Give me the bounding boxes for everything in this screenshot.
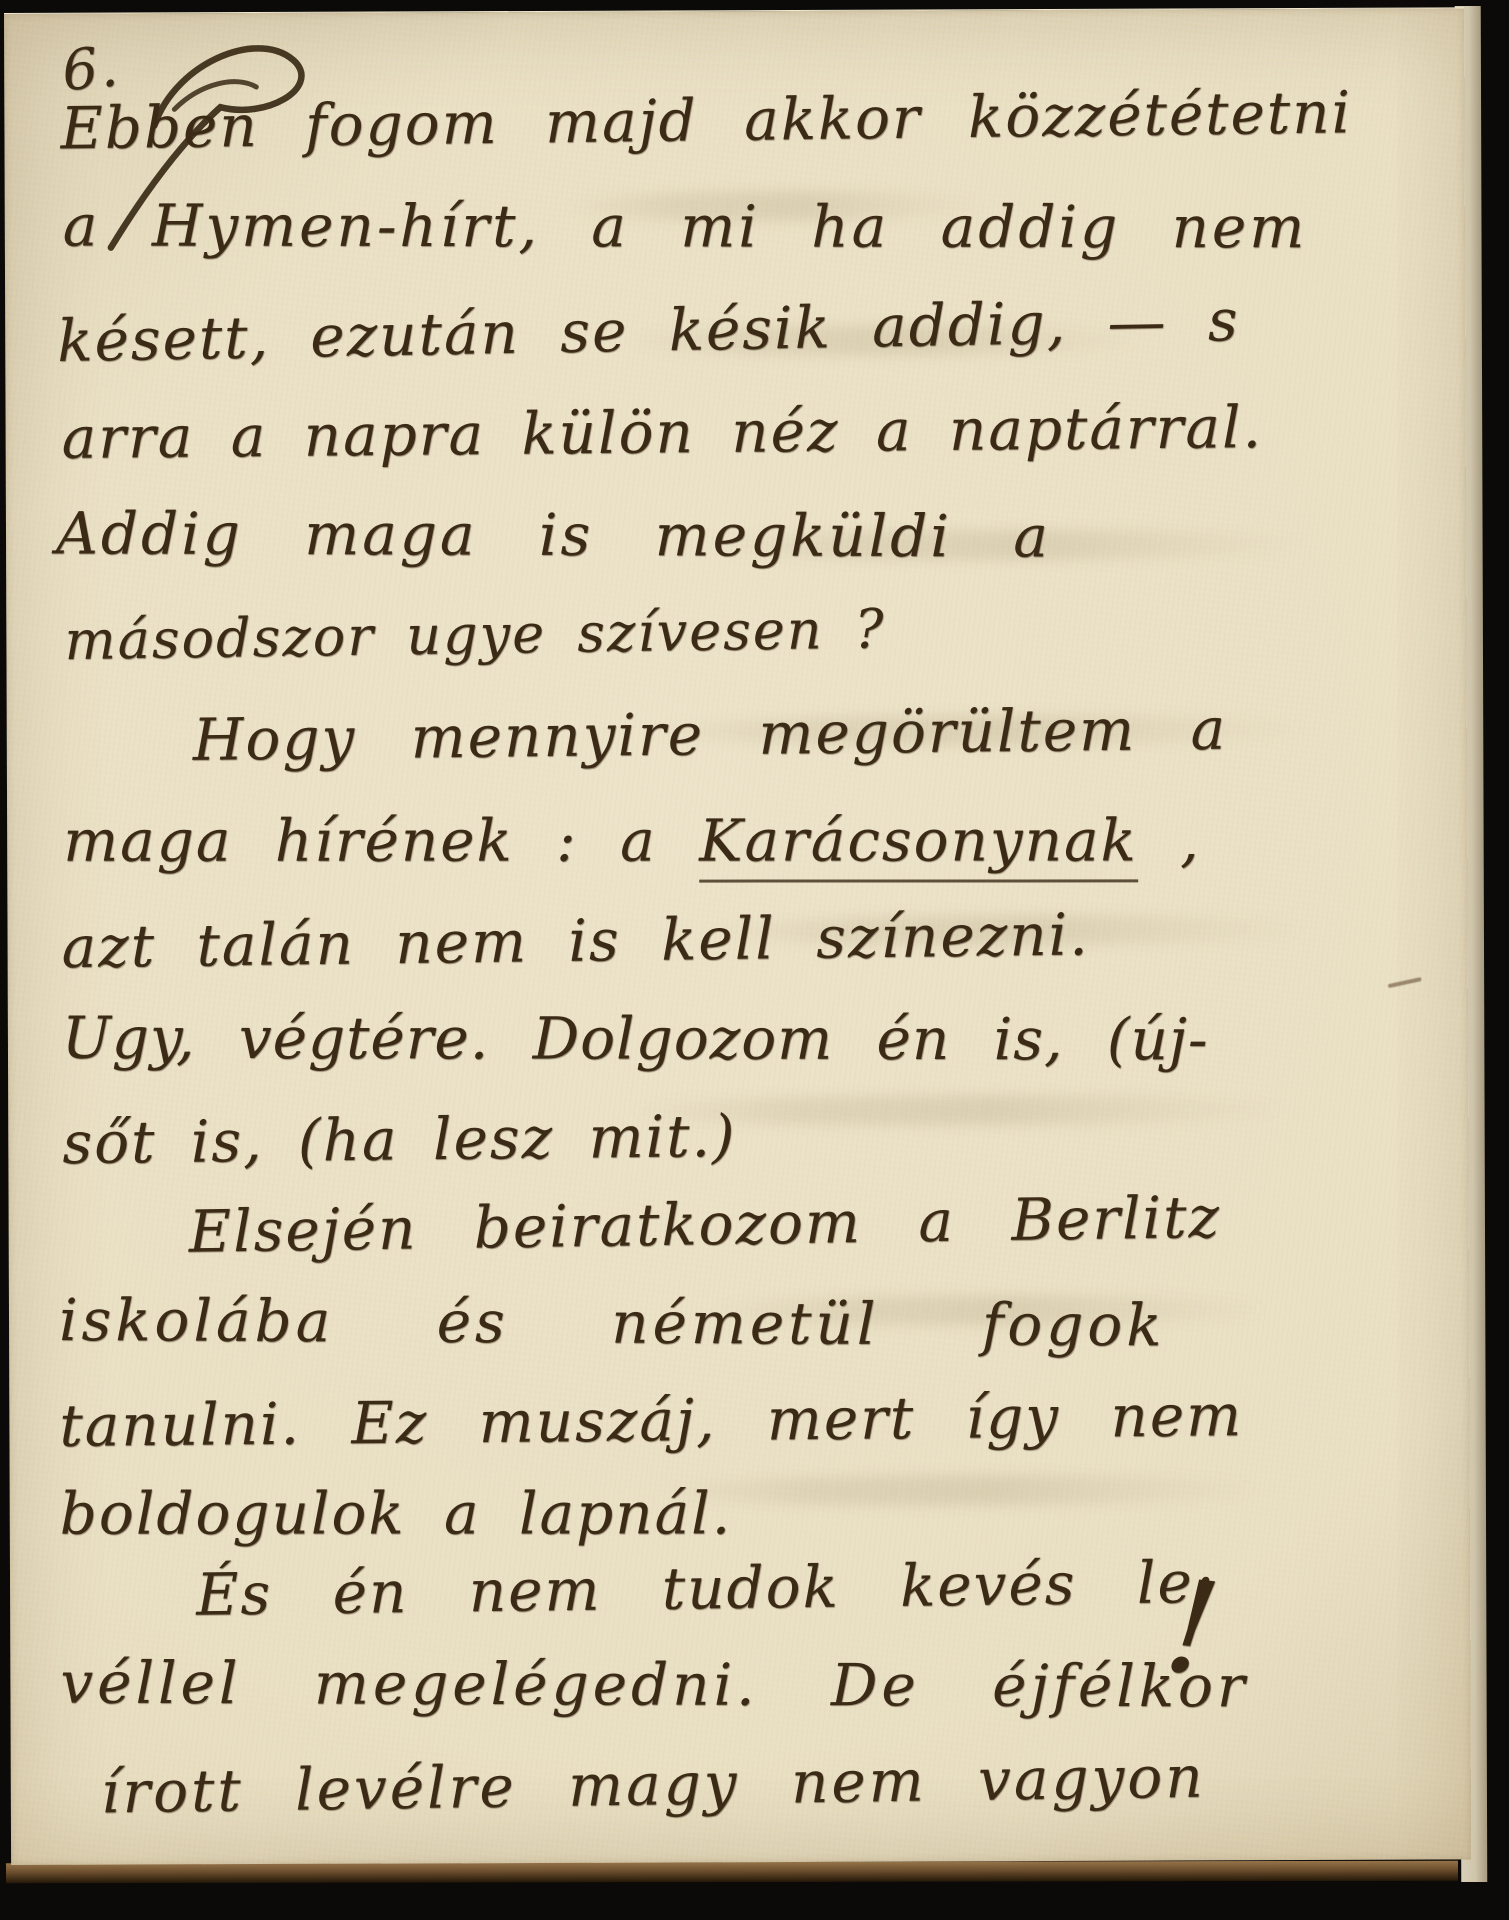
handwriting-line-7: Hogy mennyire megörültem a — [192, 700, 1227, 769]
line-8-suffix: , — [1138, 806, 1201, 874]
handwriting-line-16: És én nem tudok kevés le: — [196, 1553, 1216, 1624]
handwriting-line-13: iskolába és németül fogok — [59, 1291, 1166, 1354]
line-8-prefix: maga hírének : a — [63, 807, 699, 875]
handwriting-line-4: arra a napra külön néz a naptárral. — [61, 398, 1263, 467]
handwriting-line-18: írott levélre magy nem vagyon — [100, 1748, 1206, 1822]
scan-background: 6. Ebben fogom majd akkor közzététetni a… — [0, 0, 1509, 1920]
handwriting-line-1: Ebben fogom majd akkor közzététetni — [60, 83, 1352, 157]
handwriting-line-11: sőt is, (ha lesz mit.) — [62, 1107, 737, 1172]
handwriting-line-2: a Hymen-hírt, a mi ha addig nem — [63, 197, 1308, 257]
ink-speck — [1388, 977, 1422, 988]
handwriting-line-5: Addig maga is megküldi a — [56, 504, 1051, 565]
letter-page: 6. Ebben fogom majd akkor közzététetni a… — [4, 7, 1471, 1865]
handwriting-line-9: azt talán nem is kell színezni. — [61, 905, 1090, 976]
handwriting-line-8: maga hírének : a Karácsonynak , — [63, 811, 1200, 869]
underlined-word: Karácsonynak — [699, 806, 1138, 882]
handwriting-line-3: késett, ezután se késik addig, — s — [57, 291, 1240, 370]
page-number: 6. — [60, 39, 122, 100]
ink-showthrough — [660, 1474, 1260, 1506]
handwriting-line-14: tanulni. Ez muszáj, mert így nem — [59, 1386, 1243, 1455]
handwriting-line-15: boldogulok a lapnál. — [60, 1484, 732, 1542]
handwriting-line-6: másodszor ugye szívesen ? — [64, 602, 886, 668]
handwriting-line-10: Ugy, végtére. Dolgozom én is, (új- — [62, 1009, 1209, 1069]
handwriting-line-17: véllel megelégedni. De éjfélkor — [60, 1654, 1248, 1716]
handwriting-line-12: Elsején beiratkozom a Berlitz — [188, 1188, 1221, 1261]
